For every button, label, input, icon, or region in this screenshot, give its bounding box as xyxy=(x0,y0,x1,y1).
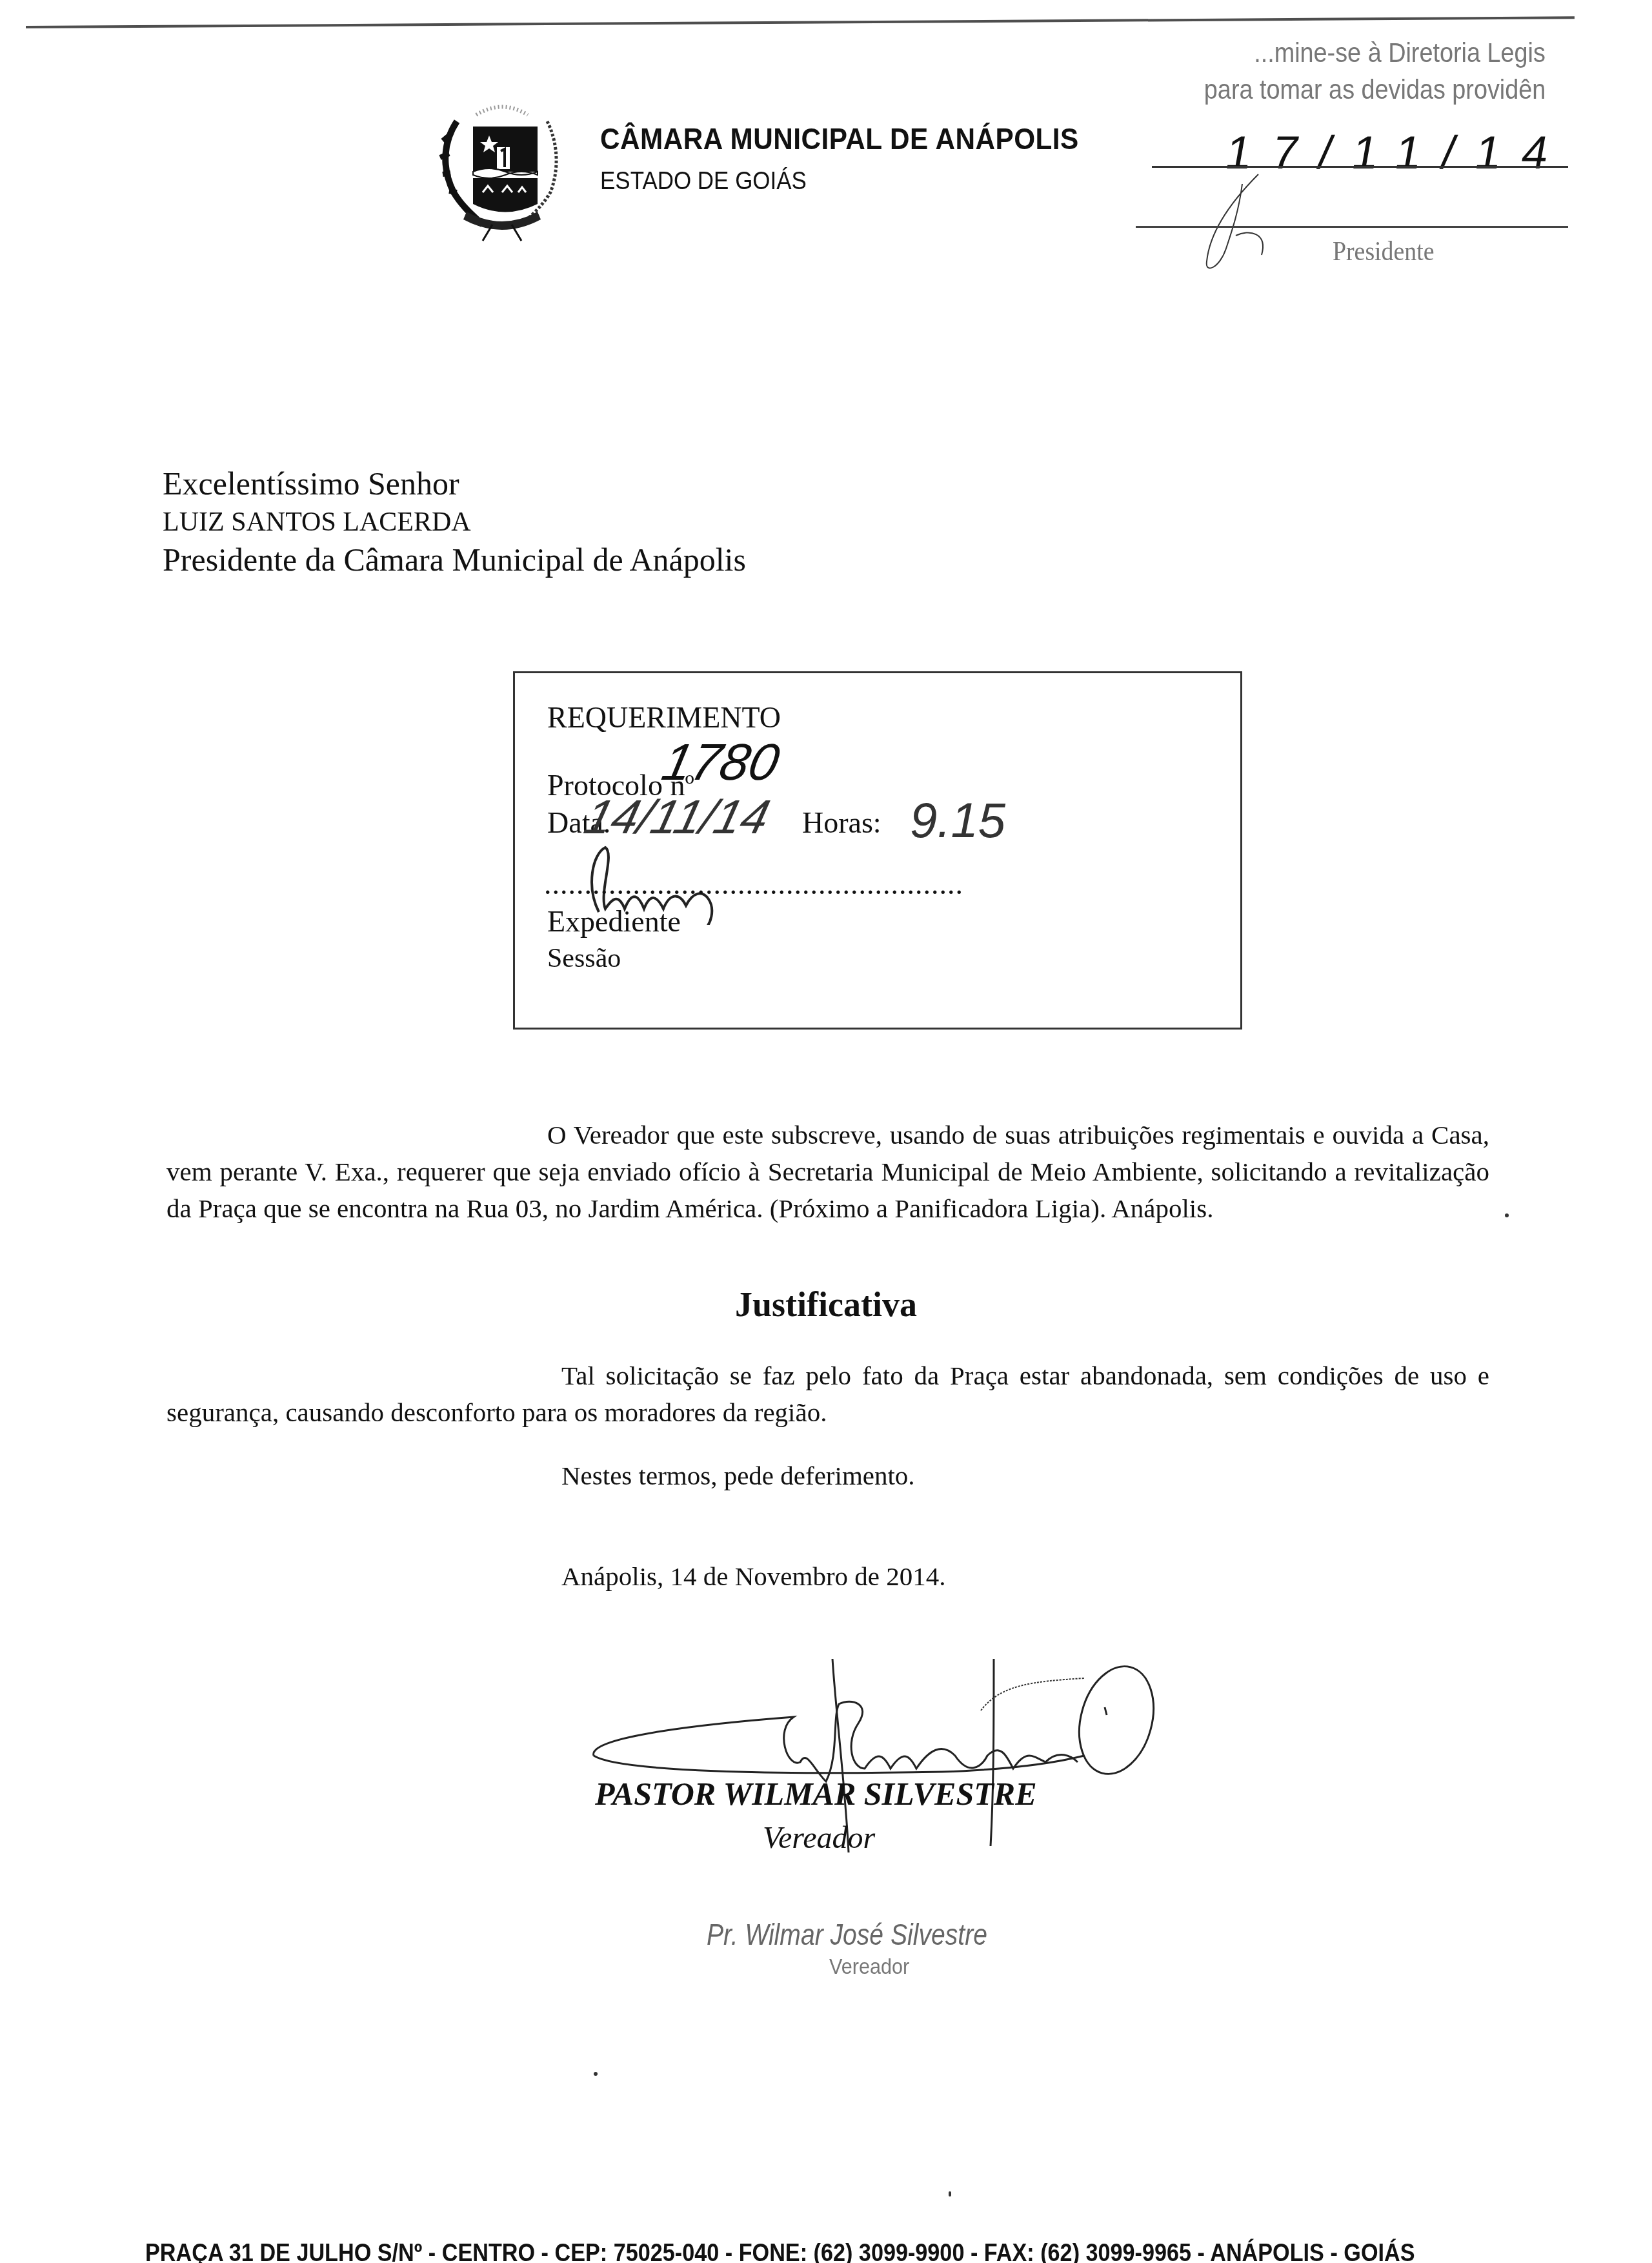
protocol-time-label: Horas: xyxy=(802,806,881,840)
addressee-name: LUIZ SANTOS LACERDA xyxy=(163,507,471,538)
stamp-signature-rule xyxy=(1136,226,1568,228)
request-paragraph-text: O Vereador que este subscreve, usando de… xyxy=(166,1120,1489,1223)
scan-speck xyxy=(1505,1213,1509,1217)
stamp-instruction-line1: ...mine-se à Diretoria Legis xyxy=(1254,37,1546,68)
stamp-date-rule xyxy=(1152,166,1568,168)
protocol-expediente-label: Expediente xyxy=(547,904,681,939)
protocol-time-value: 9.15 xyxy=(910,793,1005,849)
councilor-signature-icon xyxy=(581,1659,1200,1872)
stamp-instruction-line2: para tomar as devidas providên xyxy=(1204,74,1546,105)
stamp-signature-label: Presidente xyxy=(1333,236,1434,267)
signatory-stamp-name: Pr. Wilmar José Silvestre xyxy=(707,1917,987,1952)
request-paragraph: O Vereador que este subscreve, usando de… xyxy=(166,1117,1489,1227)
president-signature-icon xyxy=(1197,171,1281,274)
addressee-salutation: Excelentíssimo Senhor xyxy=(163,465,459,502)
protocol-signature-dotted-line: ........................................… xyxy=(544,867,963,901)
closing-formula: Nestes termos, pede deferimento. xyxy=(561,1460,915,1491)
protocol-box: REQUERIMENTO Protocolo nº 1780 Data. 14/… xyxy=(513,671,1242,1030)
protocol-number-value: 1780 xyxy=(657,733,785,792)
signatory-name: PASTOR WILMAR SILVESTRE xyxy=(595,1775,1037,1812)
justification-paragraph: Tal solicitação se faz pelo fato da Praç… xyxy=(166,1357,1489,1431)
justification-paragraph-text: Tal solicitação se faz pelo fato da Praç… xyxy=(166,1361,1489,1427)
scan-speck xyxy=(594,2072,598,2076)
place-date-line: Anápolis, 14 de Novembro de 2014. xyxy=(561,1561,946,1592)
protocol-sessao-label: Sessão xyxy=(547,943,621,974)
dispatch-stamp: ...mine-se à Diretoria Legis para tomar … xyxy=(1136,0,1652,284)
justification-heading: Justificativa xyxy=(0,1284,1652,1324)
addressee-position: Presidente da Câmara Municipal de Anápol… xyxy=(163,541,746,578)
institution-address-footer: PRAÇA 31 DE JULHO S/Nº - CENTRO - CEP: 7… xyxy=(145,2240,1415,2263)
protocol-box-title: REQUERIMENTO xyxy=(547,700,781,735)
institution-title: CÂMARA MUNICIPAL DE ANÁPOLIS xyxy=(600,121,1079,156)
signatory-stamp-role: Vereador xyxy=(829,1954,909,1980)
scan-speck xyxy=(949,2191,951,2197)
signatory-role: Vereador xyxy=(763,1820,875,1856)
institution-subtitle: ESTADO DE GOIÁS xyxy=(600,168,807,196)
municipal-coat-of-arms-icon xyxy=(438,96,567,244)
